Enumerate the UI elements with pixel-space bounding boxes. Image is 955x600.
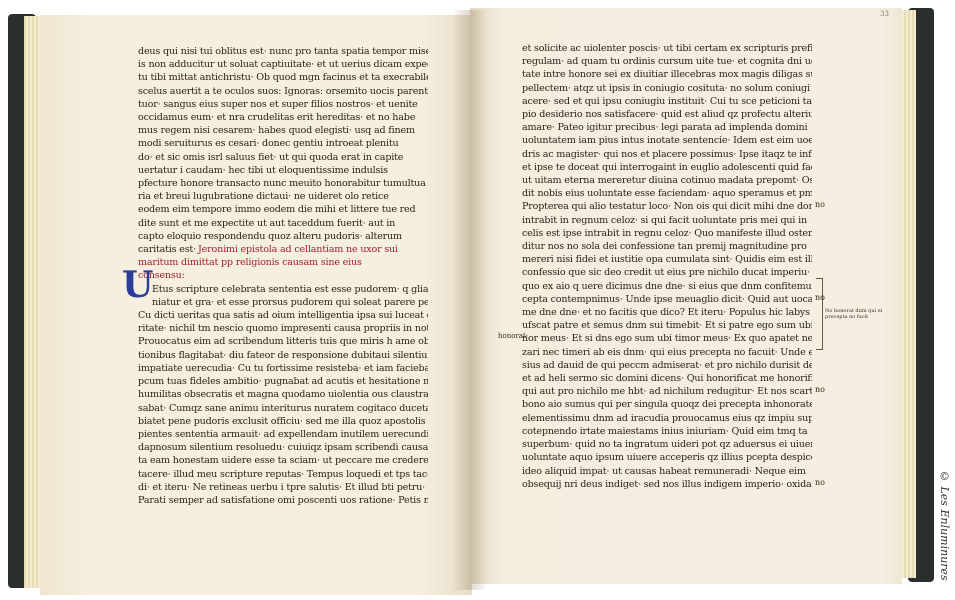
bracket-note: No honorat dnm qui ei precepta no facit — [825, 308, 885, 320]
copyright-text: © Les Enluminures — [938, 470, 951, 581]
text-line: superbum· quid no ta ingratum uideri pot… — [522, 438, 812, 451]
text-line: occidamus eum· et nra crudelitas erit he… — [138, 111, 428, 124]
text-line: ta eam honestam uidere esse ta sciam· ut… — [138, 454, 428, 467]
text-line: qui aut pro nichilo me hbt· ad nichilum … — [522, 385, 812, 398]
text-line: Cu dicti ueritas qua satis ad oium intel… — [138, 309, 428, 322]
text-line: pfecture honore transacto nunc meuito ho… — [138, 177, 428, 190]
text-line: uoluntate aquo ipsum uiuere acceperis qz… — [522, 451, 812, 464]
text-line: quo ex aio q uere dicimus dne dne· si ei… — [522, 280, 812, 293]
text-line: pellectem· atqz ut ipsis in coniugio cos… — [522, 82, 812, 95]
text-line: ditur nos no sola dei confessione tan pr… — [522, 240, 812, 253]
rubric-line: maritum dimittat pp religionis causam si… — [138, 256, 428, 269]
margin-note: no — [815, 200, 825, 209]
text-line: pientes sententia armauit· ad expellenda… — [138, 428, 428, 441]
text-line: confessio que sic deo credit ut eius pre… — [522, 266, 812, 279]
text-line: et solicite ac uiolenter poscis· ut tibi… — [522, 42, 812, 55]
margin-note: no — [815, 293, 825, 302]
text-line: dite sunt et me expectite ut aut taceddu… — [138, 217, 428, 230]
right-page: 33 et solicite ac uiolenter poscis· ut t… — [470, 8, 902, 584]
text-line: pcum tuas fideles ambitio· pugnabat ad a… — [138, 375, 428, 388]
text-line: pio desiderio nos satisfacere· quid est … — [522, 108, 812, 121]
text-line: bono aio sumus qui per singula quoqz dei… — [522, 398, 812, 411]
gutter-note: honorat· — [498, 332, 528, 340]
text-line: regulam· ad quam tu ordinis cursum uite … — [522, 55, 812, 68]
text-line: amare· Pateo igitur precibus· legi parat… — [522, 121, 812, 134]
text-line: impatiate uerecudia· Cu tu fortissime re… — [138, 362, 428, 375]
illuminated-initial: U — [122, 267, 153, 303]
margin-note: no — [815, 478, 825, 487]
text-line: celis est ipse intrabit in regnu celoz· … — [522, 227, 812, 240]
text-line: ideo aliquid impat· ut causas habeat rem… — [522, 465, 812, 478]
text-line: et ipse te doceat qui interrogaint in eu… — [522, 161, 812, 174]
text-line: dris ac magister· qui nos et placere pos… — [522, 148, 812, 161]
text-line: tacere· illud meu scripture reputas· Tem… — [138, 468, 428, 481]
text-line: elementissimu dnm ad iracudia prouocamus… — [522, 412, 812, 425]
text-line: me dne dne· et no facitis que dico? Et i… — [522, 306, 812, 319]
gutter-shadow — [452, 10, 488, 590]
text-line: tu tibi mittat antichristu· Ob quod mgn … — [138, 71, 428, 84]
folio-number: 33 — [880, 10, 889, 18]
text-line: sabat· Cumqz sane animu interiturus nura… — [138, 402, 428, 415]
text-line: biatet pene pudoris exclusit officiu· se… — [138, 415, 428, 428]
margin-note: no — [815, 385, 825, 394]
text-line: mus regem nisi cesarem· habes quod elegi… — [138, 124, 428, 137]
text-line: cepta contempnimus· Unde ipse meuaglio d… — [522, 293, 812, 306]
text-line: cotepnendo irtate maiestams inius iniuri… — [522, 425, 812, 438]
text-line: et ad heli sermo sic domini dicens· Qui … — [522, 372, 812, 385]
right-text-block: et solicite ac uiolenter poscis· ut tibi… — [522, 42, 812, 491]
text-line: Etus scripture celebrata sententia est e… — [138, 283, 428, 296]
text-line: niatur et gra· et esse prorsus pudorem q… — [138, 296, 428, 309]
text-line: tate intre honore sei ex diuitiar illece… — [522, 68, 812, 81]
text-line: ut uitam eterna mereretur diuina cotinuo… — [522, 174, 812, 187]
text-line: uertatur i caudam· hec tibi ut eloquenti… — [138, 164, 428, 177]
text-line: ufscat patre et semus dnm sui timebit· E… — [522, 319, 812, 332]
text-line: Prouocatus eim ad scribendum litteris tu… — [138, 335, 428, 348]
text-line: deus qui nisi tui oblitus est· nunc pro … — [138, 45, 428, 58]
text-line: modi seruiturus es cesari· donec gentiu … — [138, 137, 428, 150]
text-line: capto eloquio respondendu quoz alteru pu… — [138, 230, 428, 243]
text-line: intrabit in regnum celoz· si qui facit u… — [522, 214, 812, 227]
text-line: nor meus· Et si dns ego sum ubi timor me… — [522, 332, 812, 345]
text-line: mereri nisi fidei et iustitie opa cumula… — [522, 253, 812, 266]
text-line: acere· sed et qui ipsu coniugiu institui… — [522, 95, 812, 108]
text-line: tionibus flagitabat· diu fateor de respo… — [138, 349, 428, 362]
text-line: Propterea qui alio testatur loco· Non oi… — [522, 200, 812, 213]
rubric-line: consensu: — [138, 269, 428, 282]
text-line: do· et sic omis isrl saluus fiet· ut qui… — [138, 151, 428, 164]
text-line: zari nec timeri ab eis dnm· qui eius pre… — [522, 346, 812, 359]
text-line: di· et iteru· Ne retineas uerbu i tpre s… — [138, 481, 428, 494]
text-line: dapnosum silentium resoluedu· cuiuiqz ip… — [138, 441, 428, 454]
text-line: Parati semper ad satisfatione omi poscen… — [138, 494, 428, 507]
text-line: obsequij nri deus indiget· sed nos illus… — [522, 478, 812, 491]
text-line: humilitas obsecratis et magna quodamo ui… — [138, 388, 428, 401]
text-line: ritate· nichil tm nescio quomo impresent… — [138, 322, 428, 335]
text-line: sius ad dauid de qui peccm admiserat· et… — [522, 359, 812, 372]
left-text-block: deus qui nisi tui oblitus est· nunc pro … — [138, 45, 428, 507]
text-line: ria et breui lugubratione dictaui· ne ui… — [138, 190, 428, 203]
text-line: is non adducitur ut soluat captiuitate· … — [138, 58, 428, 71]
left-page: deus qui nisi tui oblitus est· nunc pro … — [40, 15, 472, 595]
text-line: dit nobis eius uoluntate esse faciendam·… — [522, 187, 812, 200]
text-line: tuor· sangus eius super nos et super fil… — [138, 98, 428, 111]
text-line: uoluntatem iam pius intus inotate senten… — [522, 134, 812, 147]
text-line: scelus auertit a te oculos suos: Ignoras… — [138, 85, 428, 98]
text-line: eodem eim tempore immo eodem die mihi et… — [138, 203, 428, 216]
bracket-mark — [816, 278, 823, 350]
